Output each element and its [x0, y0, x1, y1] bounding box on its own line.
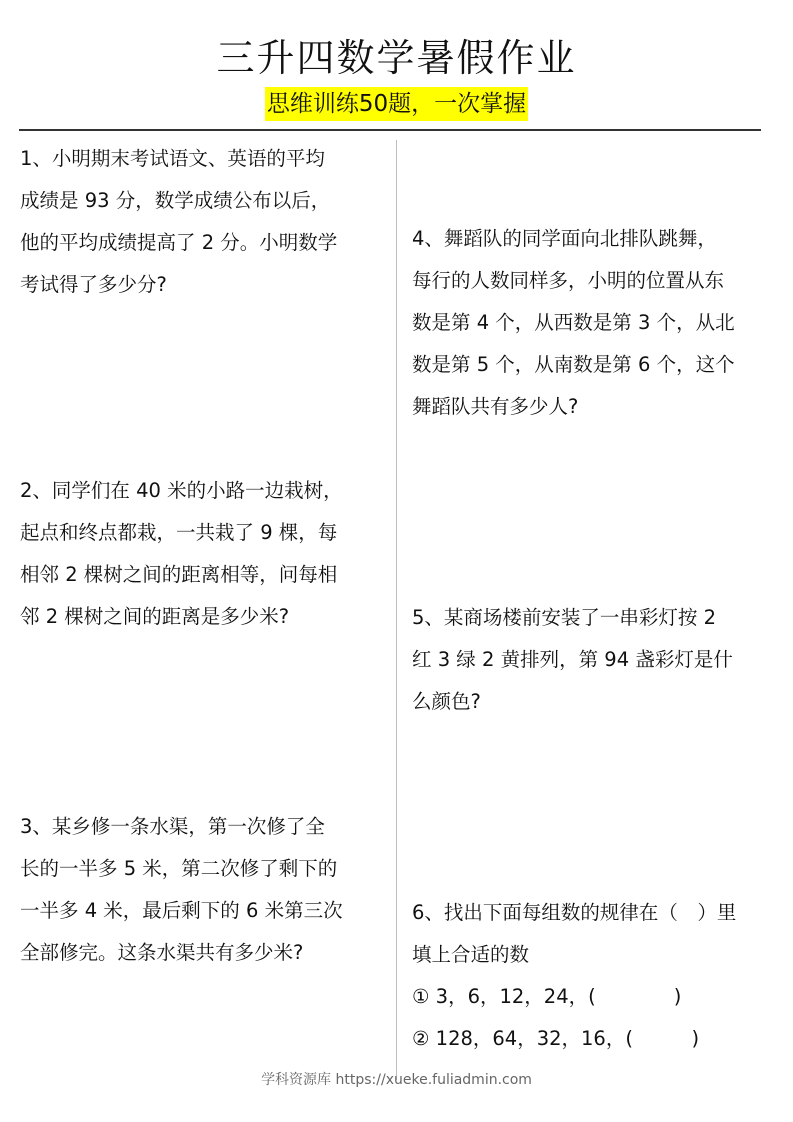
question-line: 起点和终点都栽，一共栽了 9 棵，每 — [20, 512, 390, 554]
sequence-2: ② 128，64，32，16，( ) — [412, 1018, 782, 1060]
question-line: 每行的人数同样多，小明的位置从东 — [412, 260, 782, 302]
question-line: 邻 2 棵树之间的距离是多少米? — [20, 596, 390, 638]
question-1: 1、小明期末考试语文、英语的平均 成绩是 93 分，数学成绩公布以后， 他的平均… — [20, 138, 390, 306]
question-line: 3、某乡修一条水渠，第一次修了全 — [20, 806, 390, 848]
question-line: 相邻 2 棵树之间的距离相等，问每相 — [20, 554, 390, 596]
question-line: 5、某商场楼前安装了一串彩灯按 2 — [412, 597, 782, 639]
question-line: 1、小明期末考试语文、英语的平均 — [20, 138, 390, 180]
subtitle-highlight: 思维训练50题，一次掌握 — [265, 87, 528, 121]
question-line: 红 3 绿 2 黄排列，第 94 盏彩灯是什 — [412, 639, 782, 681]
question-line: 舞蹈队共有多少人? — [412, 386, 782, 428]
question-line: 6、找出下面每组数的规律在（ ）里 — [412, 892, 782, 934]
question-line: 填上合适的数 — [412, 934, 782, 976]
page-title: 三升四数学暑假作业 — [0, 34, 793, 82]
question-line: 么颜色? — [412, 681, 782, 723]
question-line: 成绩是 93 分，数学成绩公布以后， — [20, 180, 390, 222]
question-line: 数是第 4 个，从西数是第 3 个，从北 — [412, 302, 782, 344]
question-3: 3、某乡修一条水渠，第一次修了全 长的一半多 5 米，第二次修了剩下的 一半多 … — [20, 806, 390, 974]
question-6: 6、找出下面每组数的规律在（ ）里 填上合适的数 ① 3，6，12，24，( )… — [412, 892, 782, 1060]
question-line: 2、同学们在 40 米的小路一边栽树， — [20, 470, 390, 512]
question-4: 4、舞蹈队的同学面向北排队跳舞， 每行的人数同样多，小明的位置从东 数是第 4 … — [412, 218, 782, 428]
question-5: 5、某商场楼前安装了一串彩灯按 2 红 3 绿 2 黄排列，第 94 盏彩灯是什… — [412, 597, 782, 723]
question-line: 长的一半多 5 米，第二次修了剩下的 — [20, 848, 390, 890]
question-2: 2、同学们在 40 米的小路一边栽树， 起点和终点都栽，一共栽了 9 棵，每 相… — [20, 470, 390, 638]
sequence-1: ① 3，6，12，24，( ) — [412, 976, 782, 1018]
subtitle-container: 思维训练50题，一次掌握 — [0, 87, 793, 121]
column-divider — [396, 140, 397, 1080]
footer-watermark: 学科资源库 https://xueke.fuliadmin.com — [0, 1069, 793, 1089]
question-line: 4、舞蹈队的同学面向北排队跳舞， — [412, 218, 782, 260]
question-line: 全部修完。这条水渠共有多少米? — [20, 932, 390, 974]
question-line: 考试得了多少分? — [20, 264, 390, 306]
header-divider — [19, 129, 761, 131]
question-line: 一半多 4 米，最后剩下的 6 米第三次 — [20, 890, 390, 932]
question-line: 数是第 5 个，从南数是第 6 个，这个 — [412, 344, 782, 386]
question-line: 他的平均成绩提高了 2 分。小明数学 — [20, 222, 390, 264]
